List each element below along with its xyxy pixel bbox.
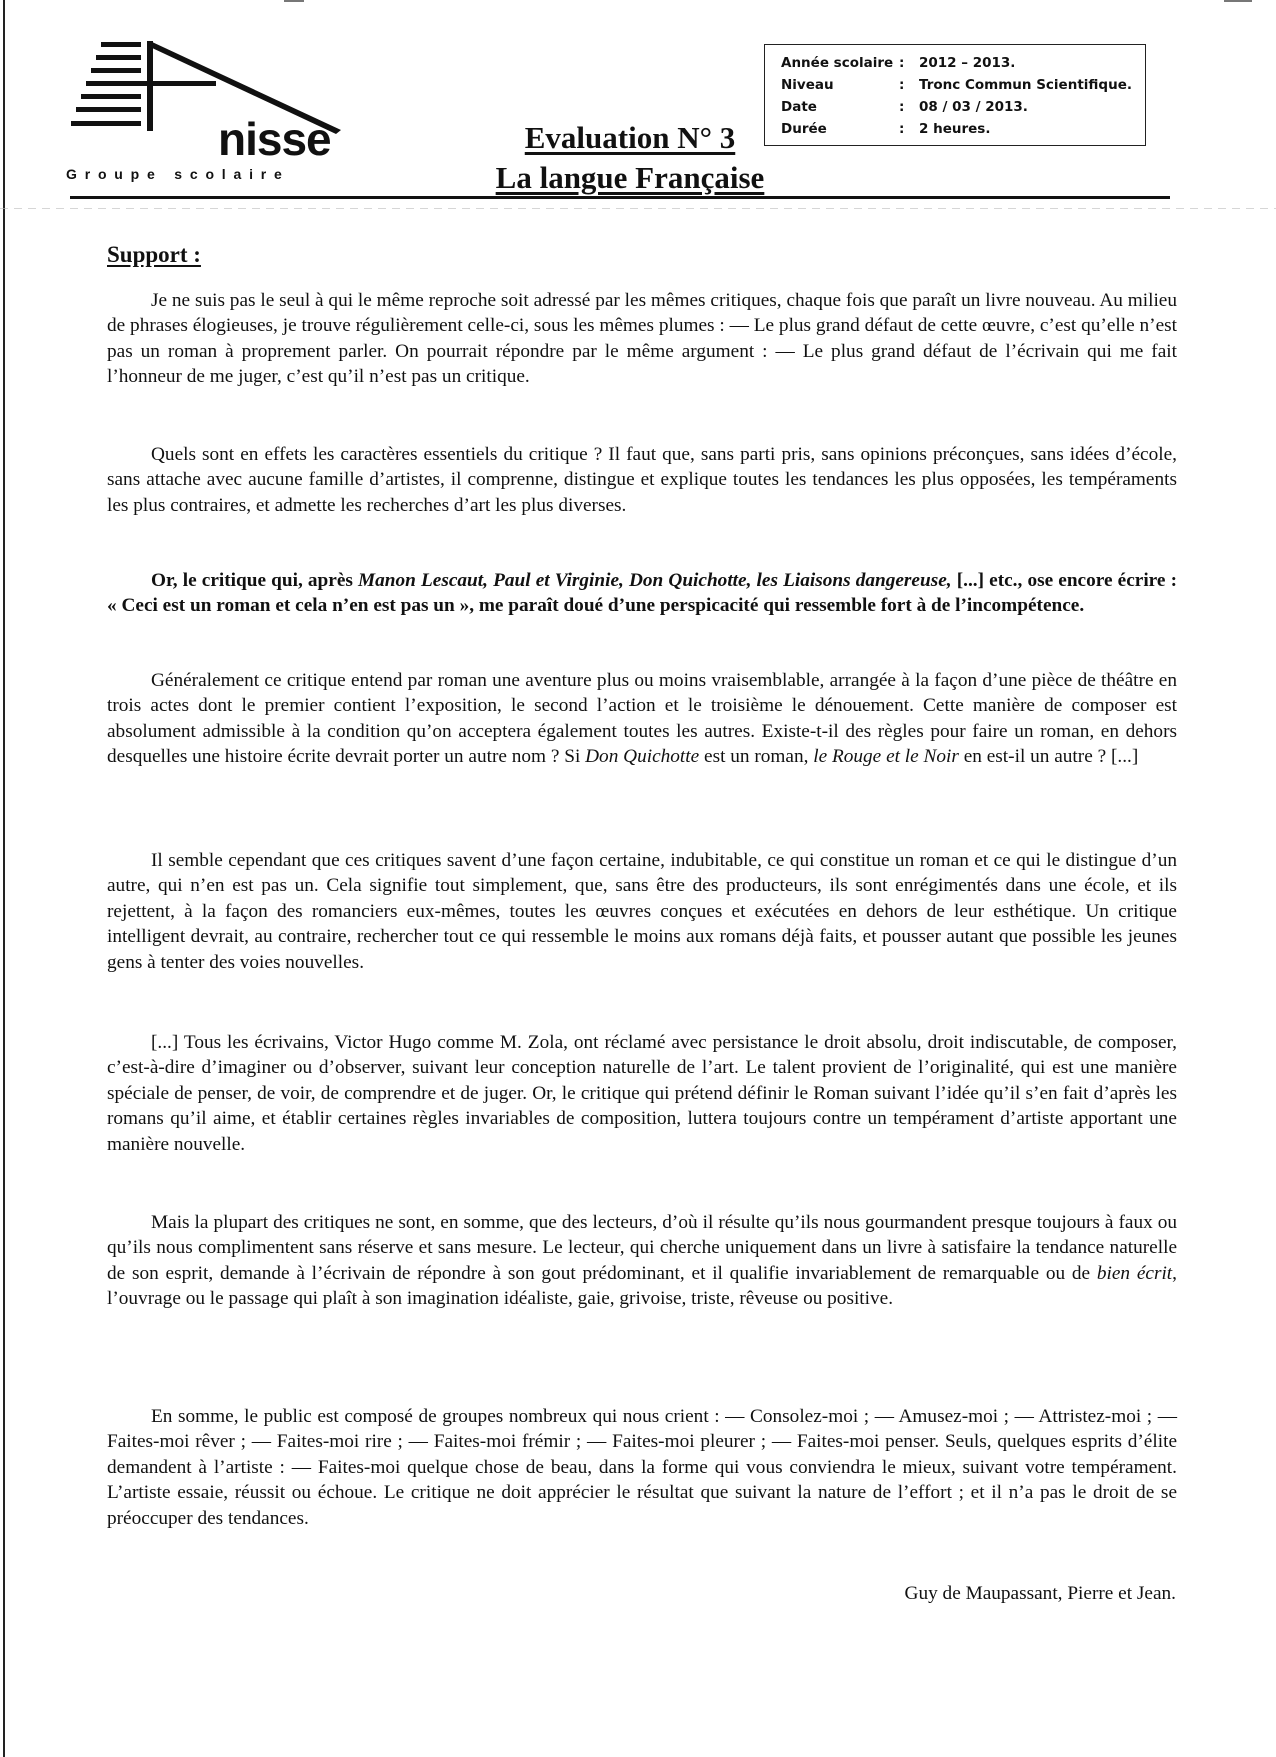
italic-title: Don Quichotte: [585, 746, 699, 767]
text-run: est un roman,: [699, 746, 813, 767]
info-value: 08 / 03 / 2013.: [919, 99, 1028, 115]
attribution: Guy de Maupassant, Pierre et Jean.: [905, 1583, 1176, 1605]
scan-mark: [1224, 0, 1252, 2]
info-row-date: Date:08 / 03 / 2013.: [781, 99, 1028, 121]
support-heading: Support :: [107, 242, 201, 268]
paragraph-4: Généralement ce critique entend par roma…: [107, 668, 1177, 770]
text-run: en est-il un autre ? [...]: [959, 746, 1138, 767]
paragraph-3: Or, le critique qui, après Manon Lescaut…: [107, 568, 1177, 619]
paragraph-text: Or, le critique qui, après Manon Lescaut…: [107, 568, 1177, 619]
scan-mark: [284, 0, 304, 2]
info-row-duration: Durée:2 heures.: [781, 121, 990, 143]
paragraph-1: Je ne suis pas le seul à qui le même rep…: [107, 288, 1177, 390]
info-sep: :: [899, 77, 919, 93]
info-row-level: Niveau:Tronc Commun Scientifique.: [781, 77, 1132, 99]
paragraph-5: Il semble cependant que ces critiques sa…: [107, 848, 1177, 975]
paragraph-6: [...] Tous les écrivains, Victor Hugo co…: [107, 1030, 1177, 1157]
info-value: 2 heures.: [919, 121, 990, 137]
info-label: Date: [781, 99, 899, 115]
exam-info-box: Année scolaire:2012 – 2013. Niveau:Tronc…: [764, 44, 1146, 146]
info-value: Tronc Commun Scientifique.: [919, 77, 1132, 93]
text-run: Or, le critique qui, après: [151, 570, 358, 591]
header-divider: [70, 196, 1170, 199]
scan-left-border: [3, 0, 5, 1757]
italic-titles: Manon Lescaut, Paul et Virginie, Don Qui…: [358, 570, 952, 591]
paragraph-text: Mais la plupart des critiques ne sont, e…: [107, 1210, 1177, 1312]
text-run: Mais la plupart des critiques ne sont, e…: [107, 1212, 1177, 1284]
info-sep: :: [899, 99, 919, 115]
paragraph-text: Généralement ce critique entend par roma…: [107, 668, 1177, 770]
info-label: Année scolaire: [781, 55, 899, 71]
paragraph-2: Quels sont en effets les caractères esse…: [107, 442, 1177, 518]
info-value: 2012 – 2013.: [919, 55, 1015, 71]
italic-phrase: bien écrit: [1097, 1263, 1172, 1284]
scan-artifact-line: [0, 208, 1276, 209]
paragraph-text: Quels sont en effets les caractères esse…: [107, 442, 1177, 518]
paragraph-8: En somme, le public est composé de group…: [107, 1404, 1177, 1531]
paragraph-text: Il semble cependant que ces critiques sa…: [107, 848, 1177, 975]
italic-title: le Rouge et le Noir: [813, 746, 959, 767]
info-row-school-year: Année scolaire:2012 – 2013.: [781, 55, 1015, 77]
paragraph-text: [...] Tous les écrivains, Victor Hugo co…: [107, 1030, 1177, 1157]
info-label: Durée: [781, 121, 899, 137]
paragraph-7: Mais la plupart des critiques ne sont, e…: [107, 1210, 1177, 1312]
paragraph-text: En somme, le public est composé de group…: [107, 1404, 1177, 1531]
info-label: Niveau: [781, 77, 899, 93]
info-sep: :: [899, 55, 919, 71]
exam-subject: La langue Française: [0, 162, 1268, 193]
paragraph-text: Je ne suis pas le seul à qui le même rep…: [107, 288, 1177, 390]
info-sep: :: [899, 121, 919, 137]
